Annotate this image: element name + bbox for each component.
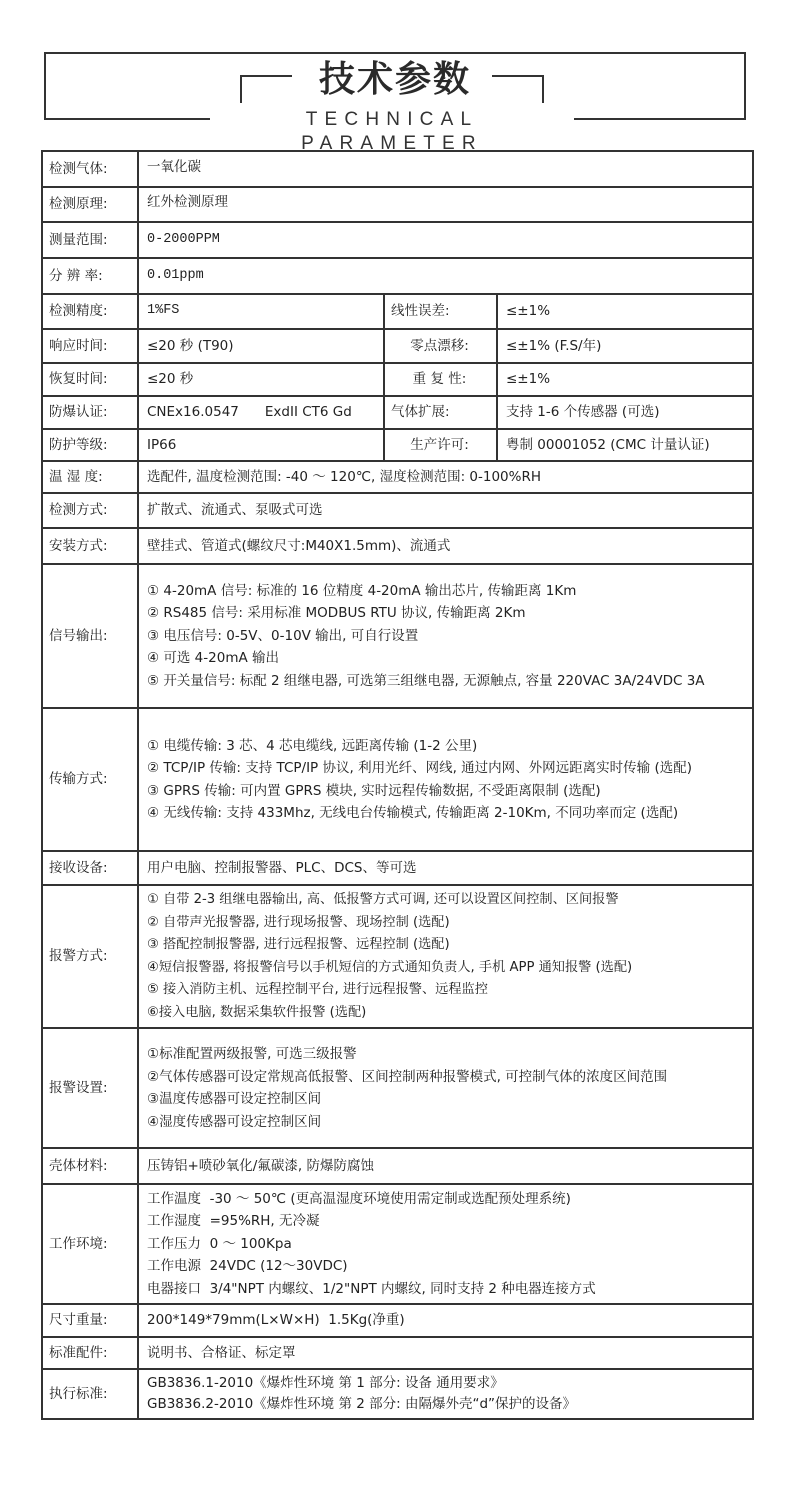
value-zero-drift: ≤±1% (F.S/年): [497, 329, 753, 363]
alarm-mode-line-1: ① 自带 2-3 组继电器输出, 高、低报警方式可调, 还可以设置区间控制、区间…: [147, 889, 744, 912]
value-response: ≤20 秒 (T90): [138, 329, 384, 363]
label-accuracy: 检测精度:: [42, 294, 138, 329]
table-row-transmission: 传输方式: ① 电缆传输: 3 芯、4 芯电缆线, 远距离传输 (1-2 公里)…: [42, 708, 753, 851]
signal-line-4: ④ 可选 4-20mA 输出: [147, 647, 744, 670]
value-housing: 压铸铝+喷砂氧化/氟碳漆, 防爆防腐蚀: [138, 1148, 753, 1184]
label-resolution: 分 辨 率:: [42, 258, 138, 294]
spec-table: 检测气体: 一氧化碳 检测原理: 红外检测原理 测量范围: 0-2000PPM …: [41, 150, 754, 1420]
transmission-line-4: ④ 无线传输: 支持 433Mhz, 无线电台传输模式, 传输距离 2-10Km…: [147, 802, 744, 825]
label-install: 安装方式:: [42, 528, 138, 564]
table-row-accuracy: 检测精度: 1%FS 线性误差: ≤±1%: [42, 294, 753, 329]
page-title: 技术参数: [300, 58, 490, 102]
label-humidity: 温 湿 度:: [42, 461, 138, 493]
alarm-setting-line-3: ③温度传感器可设定控制区间: [147, 1088, 744, 1111]
label-recovery: 恢复时间:: [42, 363, 138, 396]
header-rule-right: [574, 118, 746, 120]
transmission-line-2: ② TCP/IP 传输: 支持 TCP/IP 协议, 利用光纤、网线, 通过内网…: [147, 757, 744, 780]
label-repeatability: 重 复 性:: [384, 363, 497, 396]
label-transmission: 传输方式:: [42, 708, 138, 851]
label-protection: 防护等级:: [42, 429, 138, 461]
table-row-recovery: 恢复时间: ≤20 秒 重 复 性: ≤±1%: [42, 363, 753, 396]
signal-line-3: ③ 电压信号: 0-5V、0-10V 输出, 可自行设置: [147, 625, 744, 648]
label-accessories: 标准配件:: [42, 1337, 138, 1369]
signal-line-5: ⑤ 开关量信号: 标配 2 组继电器, 可选第三组继电器, 无源触点, 容量 2…: [147, 670, 744, 693]
label-license: 生产许可:: [384, 429, 497, 461]
value-protection: IP66: [138, 429, 384, 461]
value-environment: 工作温度 -30 ～ 50℃ (更高温湿度环境使用需定制或选配预处理系统)工作湿…: [138, 1184, 753, 1304]
table-row-standards: 执行标准: GB3836.1-2010《爆炸性环境 第 1 部分: 设备 通用要…: [42, 1369, 753, 1419]
table-row-protection: 防护等级: IP66 生产许可: 粤制 00001052 (CMC 计量认证): [42, 429, 753, 461]
value-explosion: CNEx16.0547ExdII CT6 Gd: [138, 396, 384, 429]
value-repeatability: ≤±1%: [497, 363, 753, 396]
header-bracket-right: [492, 75, 544, 103]
label-range: 测量范围:: [42, 222, 138, 258]
table-row-gas: 检测气体: 一氧化碳: [42, 151, 753, 187]
label-signal: 信号输出:: [42, 564, 138, 708]
transmission-line-3: ③ GPRS 传输: 可内置 GPRS 模块, 实时远程传输数据, 不受距离限制…: [147, 780, 744, 803]
alarm-setting-line-2: ②气体传感器可设定常规高低报警、区间控制两种报警模式, 可控制气体的浓度区间范围: [147, 1066, 744, 1089]
value-range: 0-2000PPM: [138, 222, 753, 258]
label-principle: 检测原理:: [42, 187, 138, 222]
table-row-principle: 检测原理: 红外检测原理: [42, 187, 753, 222]
header-bracket-left: [240, 75, 292, 103]
value-principle: 红外检测原理: [138, 187, 753, 222]
value-size-weight: 200*149*79mm(L×W×H) 1.5Kg(净重): [138, 1304, 753, 1337]
explosion-cert-number: CNEx16.0547: [147, 404, 239, 420]
value-detect-mode: 扩散式、流通式、泵吸式可选: [138, 493, 753, 528]
table-row-signal: 信号输出: ① 4-20mA 信号: 标准的 16 位精度 4-20mA 输出芯…: [42, 564, 753, 708]
table-row-install: 安装方式: 壁挂式、管道式(螺纹尺寸:M40X1.5mm)、流通式: [42, 528, 753, 564]
value-gas-expansion: 支持 1-6 个传感器 (可选): [497, 396, 753, 429]
alarm-mode-line-6: ⑥接入电脑, 数据采集软件报警 (选配): [147, 1002, 744, 1025]
alarm-mode-line-3: ③ 搭配控制报警器, 进行远程报警、远程控制 (选配): [147, 934, 744, 957]
label-linearity: 线性误差:: [384, 294, 497, 329]
table-row-alarm-setting: 报警设置: ①标准配置两级报警, 可选三级报警 ②气体传感器可设定常规高低报警、…: [42, 1028, 753, 1148]
value-license: 粤制 00001052 (CMC 计量认证): [497, 429, 753, 461]
alarm-mode-line-5: ⑤ 接入消防主机、远程控制平台, 进行远程报警、远程监控: [147, 979, 744, 1002]
label-receiver: 接收设备:: [42, 851, 138, 885]
environment-line-4: 工作电源 24VDC (12～30VDC): [147, 1255, 744, 1278]
standards-line-1: GB3836.1-2010《爆炸性环境 第 1 部分: 设备 通用要求》: [147, 1373, 744, 1394]
value-alarm-mode: ① 自带 2-3 组继电器输出, 高、低报警方式可调, 还可以设置区间控制、区间…: [138, 885, 753, 1028]
label-environment: 工作环境:: [42, 1184, 138, 1304]
signal-line-1: ① 4-20mA 信号: 标准的 16 位精度 4-20mA 输出芯片, 传输距…: [147, 580, 744, 603]
environment-line-5: 电器接口 3/4"NPT 内螺纹、1/2"NPT 内螺纹, 同时支持 2 种电器…: [147, 1278, 744, 1301]
value-gas: 一氧化碳: [138, 151, 753, 187]
table-row-range: 测量范围: 0-2000PPM: [42, 222, 753, 258]
label-zero-drift: 零点漂移:: [384, 329, 497, 363]
standards-line-2: GB3836.2-2010《爆炸性环境 第 2 部分: 由隔爆外壳“d”保护的设…: [147, 1394, 744, 1415]
environment-line-1: 工作温度 -30 ～ 50℃ (更高温湿度环境使用需定制或选配预处理系统): [147, 1188, 744, 1211]
label-alarm-mode: 报警方式:: [42, 885, 138, 1028]
table-row-response: 响应时间: ≤20 秒 (T90) 零点漂移: ≤±1% (F.S/年): [42, 329, 753, 363]
value-linearity: ≤±1%: [497, 294, 753, 329]
value-install: 壁挂式、管道式(螺纹尺寸:M40X1.5mm)、流通式: [138, 528, 753, 564]
table-row-humidity: 温 湿 度: 选配件, 温度检测范围: -40 ～ 120℃, 湿度检测范围: …: [42, 461, 753, 493]
label-gas-expansion: 气体扩展:: [384, 396, 497, 429]
value-resolution: 0.01ppm: [138, 258, 753, 294]
label-standards: 执行标准:: [42, 1369, 138, 1419]
value-accuracy: 1%FS: [138, 294, 384, 329]
value-recovery: ≤20 秒: [138, 363, 384, 396]
value-humidity: 选配件, 温度检测范围: -40 ～ 120℃, 湿度检测范围: 0-100%R…: [138, 461, 753, 493]
label-detect-mode: 检测方式:: [42, 493, 138, 528]
alarm-setting-line-4: ④湿度传感器可设定控制区间: [147, 1111, 744, 1134]
value-accessories: 说明书、合格证、标定罩: [138, 1337, 753, 1369]
label-gas: 检测气体:: [42, 151, 138, 187]
label-housing: 壳体材料:: [42, 1148, 138, 1184]
table-row-explosion: 防爆认证: CNEx16.0547ExdII CT6 Gd 气体扩展: 支持 1…: [42, 396, 753, 429]
explosion-cert-class: ExdII CT6 Gd: [265, 404, 352, 420]
label-response: 响应时间:: [42, 329, 138, 363]
table-row-resolution: 分 辨 率: 0.01ppm: [42, 258, 753, 294]
table-row-alarm-mode: 报警方式: ① 自带 2-3 组继电器输出, 高、低报警方式可调, 还可以设置区…: [42, 885, 753, 1028]
table-row-size-weight: 尺寸重量: 200*149*79mm(L×W×H) 1.5Kg(净重): [42, 1304, 753, 1337]
table-row-receiver: 接收设备: 用户电脑、控制报警器、PLC、DCS、等可选: [42, 851, 753, 885]
alarm-setting-line-1: ①标准配置两级报警, 可选三级报警: [147, 1043, 744, 1066]
value-standards: GB3836.1-2010《爆炸性环境 第 1 部分: 设备 通用要求》 GB3…: [138, 1369, 753, 1419]
table-row-environment: 工作环境: 工作温度 -30 ～ 50℃ (更高温湿度环境使用需定制或选配预处理…: [42, 1184, 753, 1304]
signal-line-2: ② RS485 信号: 采用标准 MODBUS RTU 协议, 传输距离 2Km: [147, 602, 744, 625]
value-receiver: 用户电脑、控制报警器、PLC、DCS、等可选: [138, 851, 753, 885]
page-subtitle: TECHNICAL PARAMETER: [214, 108, 570, 156]
environment-line-3: 工作压力 0 ～ 100Kpa: [147, 1233, 744, 1256]
label-size-weight: 尺寸重量:: [42, 1304, 138, 1337]
table-row-housing: 壳体材料: 压铸铝+喷砂氧化/氟碳漆, 防爆防腐蚀: [42, 1148, 753, 1184]
value-alarm-setting: ①标准配置两级报警, 可选三级报警 ②气体传感器可设定常规高低报警、区间控制两种…: [138, 1028, 753, 1148]
table-row-accessories: 标准配件: 说明书、合格证、标定罩: [42, 1337, 753, 1369]
label-alarm-setting: 报警设置:: [42, 1028, 138, 1148]
value-transmission: ① 电缆传输: 3 芯、4 芯电缆线, 远距离传输 (1-2 公里) ② TCP…: [138, 708, 753, 851]
value-signal: ① 4-20mA 信号: 标准的 16 位精度 4-20mA 输出芯片, 传输距…: [138, 564, 753, 708]
environment-line-2: 工作湿度 =95%RH, 无冷凝: [147, 1210, 744, 1233]
alarm-mode-line-2: ② 自带声光报警器, 进行现场报警、现场控制 (选配): [147, 912, 744, 935]
table-row-detect-mode: 检测方式: 扩散式、流通式、泵吸式可选: [42, 493, 753, 528]
label-explosion: 防爆认证:: [42, 396, 138, 429]
transmission-line-1: ① 电缆传输: 3 芯、4 芯电缆线, 远距离传输 (1-2 公里): [147, 735, 744, 758]
alarm-mode-line-4: ④短信报警器, 将报警信号以手机短信的方式通知负责人, 手机 APP 通知报警 …: [147, 957, 744, 980]
header-rule-left: [44, 118, 210, 120]
